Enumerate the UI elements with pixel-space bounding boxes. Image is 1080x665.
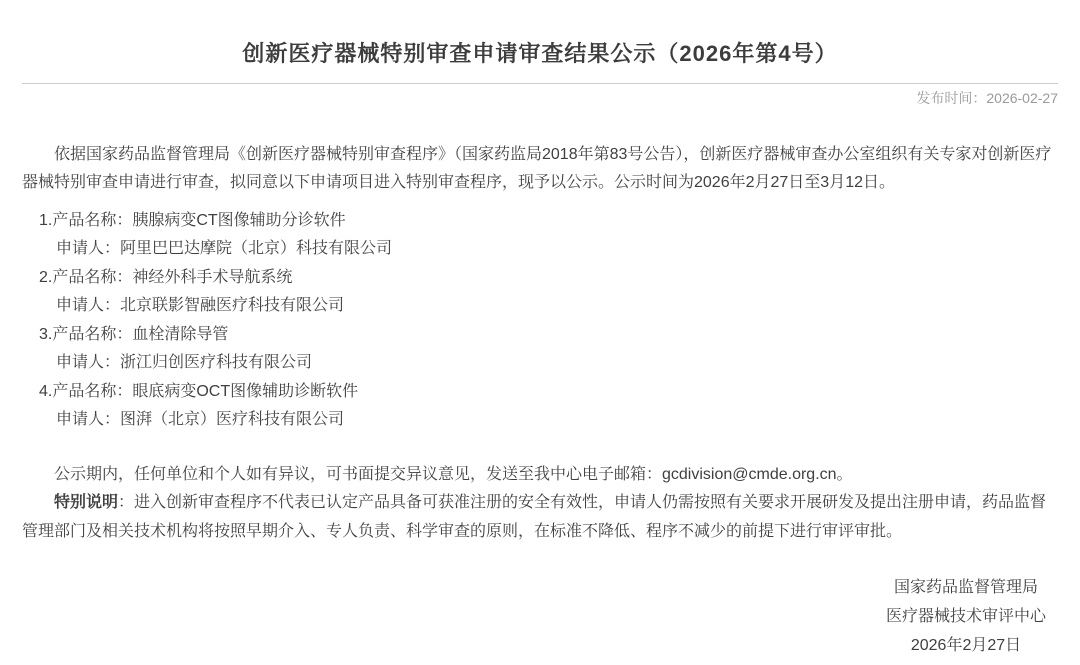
signature-date: 2026年2月27日 <box>882 631 1050 660</box>
objection-paragraph: 公示期内，任何单位和个人如有异议，可书面提交异议意见，发送至我中心电子邮箱：gc… <box>22 461 1058 490</box>
blank-line-spacer <box>22 435 1058 461</box>
applicant-line-2: 申请人：北京联影智融医疗科技有限公司 <box>22 292 1058 321</box>
page-title: 创新医疗器械特别审查申请审查结果公示（2026年第4号） <box>0 15 1080 67</box>
publish-time: 发布时间：2026-02-27 <box>0 90 1058 106</box>
product-name-line-4: 4.产品名称：眼底病变OCT图像辅助诊断软件 <box>22 378 1058 407</box>
intro-paragraph: 依据国家药品监督管理局《创新医疗器械特别审查程序》（国家药监局2018年第83号… <box>22 141 1058 198</box>
special-note-label: 特别说明 <box>54 494 118 511</box>
announcement-page: 创新医疗器械特别审查申请审查结果公示（2026年第4号） 发布时间：2026-0… <box>0 0 1080 665</box>
applicant-line-1: 申请人：阿里巴巴达摩院（北京）科技有限公司 <box>22 235 1058 264</box>
product-name-line-2: 2.产品名称：神经外科手术导航系统 <box>22 264 1058 293</box>
title-divider <box>22 83 1058 84</box>
signature-block: 国家药品监督管理局 医疗器械技术审评中心 2026年2月27日 <box>882 573 1050 660</box>
applicant-line-3: 申请人：浙江归创医疗科技有限公司 <box>22 349 1058 378</box>
special-note-paragraph: 特别说明：进入创新审查程序不代表已认定产品具备可获准注册的安全有效性，申请人仍需… <box>22 489 1058 546</box>
signature-org-2: 医疗器械技术审评中心 <box>882 602 1050 631</box>
publish-time-label: 发布时间： <box>916 90 986 106</box>
applicant-line-4: 申请人：图湃（北京）医疗科技有限公司 <box>22 406 1058 435</box>
product-name-line-1: 1.产品名称：胰腺病变CT图像辅助分诊软件 <box>22 207 1058 236</box>
document-body: 依据国家药品监督管理局《创新医疗器械特别审查程序》（国家药监局2018年第83号… <box>22 141 1058 547</box>
special-note-text: ：进入创新审查程序不代表已认定产品具备可获准注册的安全有效性，申请人仍需按照有关… <box>22 494 1046 540</box>
signature-org-1: 国家药品监督管理局 <box>882 573 1050 602</box>
publish-time-value: 2026-02-27 <box>986 90 1058 106</box>
product-name-line-3: 3.产品名称：血栓清除导管 <box>22 321 1058 350</box>
